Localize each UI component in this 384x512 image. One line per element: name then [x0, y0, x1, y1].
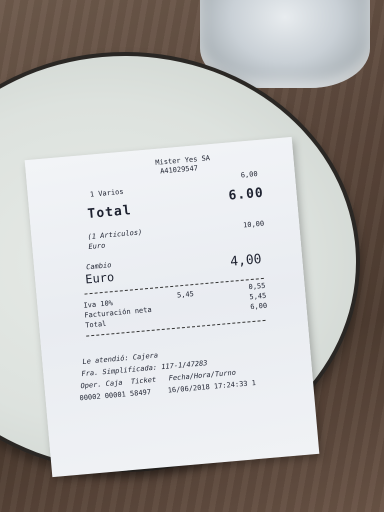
total-label: Total: [87, 203, 132, 222]
net-value: 5,45: [249, 292, 266, 301]
summary-total-label: Total: [85, 320, 107, 330]
total-value: 6.00: [228, 186, 264, 204]
line-item-amount: 6,00: [240, 170, 257, 179]
tax-label: Iva 10%: [83, 299, 113, 310]
paid-value: 10,00: [243, 220, 265, 230]
tax-base: 5,45: [177, 290, 194, 299]
articles-count: (1 Articulos): [87, 228, 142, 241]
tax-amount: 0,55: [248, 282, 265, 291]
change-value: 4,00: [230, 252, 263, 270]
change-currency: Euro: [85, 270, 115, 286]
summary-total-value: 6,00: [250, 302, 267, 311]
paid-label: Euro: [88, 242, 105, 251]
divider: [86, 320, 265, 337]
line-item-desc: 1 Varios: [90, 188, 124, 199]
receipt: Mister Yes SA A41029547 1 Varios 6,00 To…: [25, 137, 320, 477]
